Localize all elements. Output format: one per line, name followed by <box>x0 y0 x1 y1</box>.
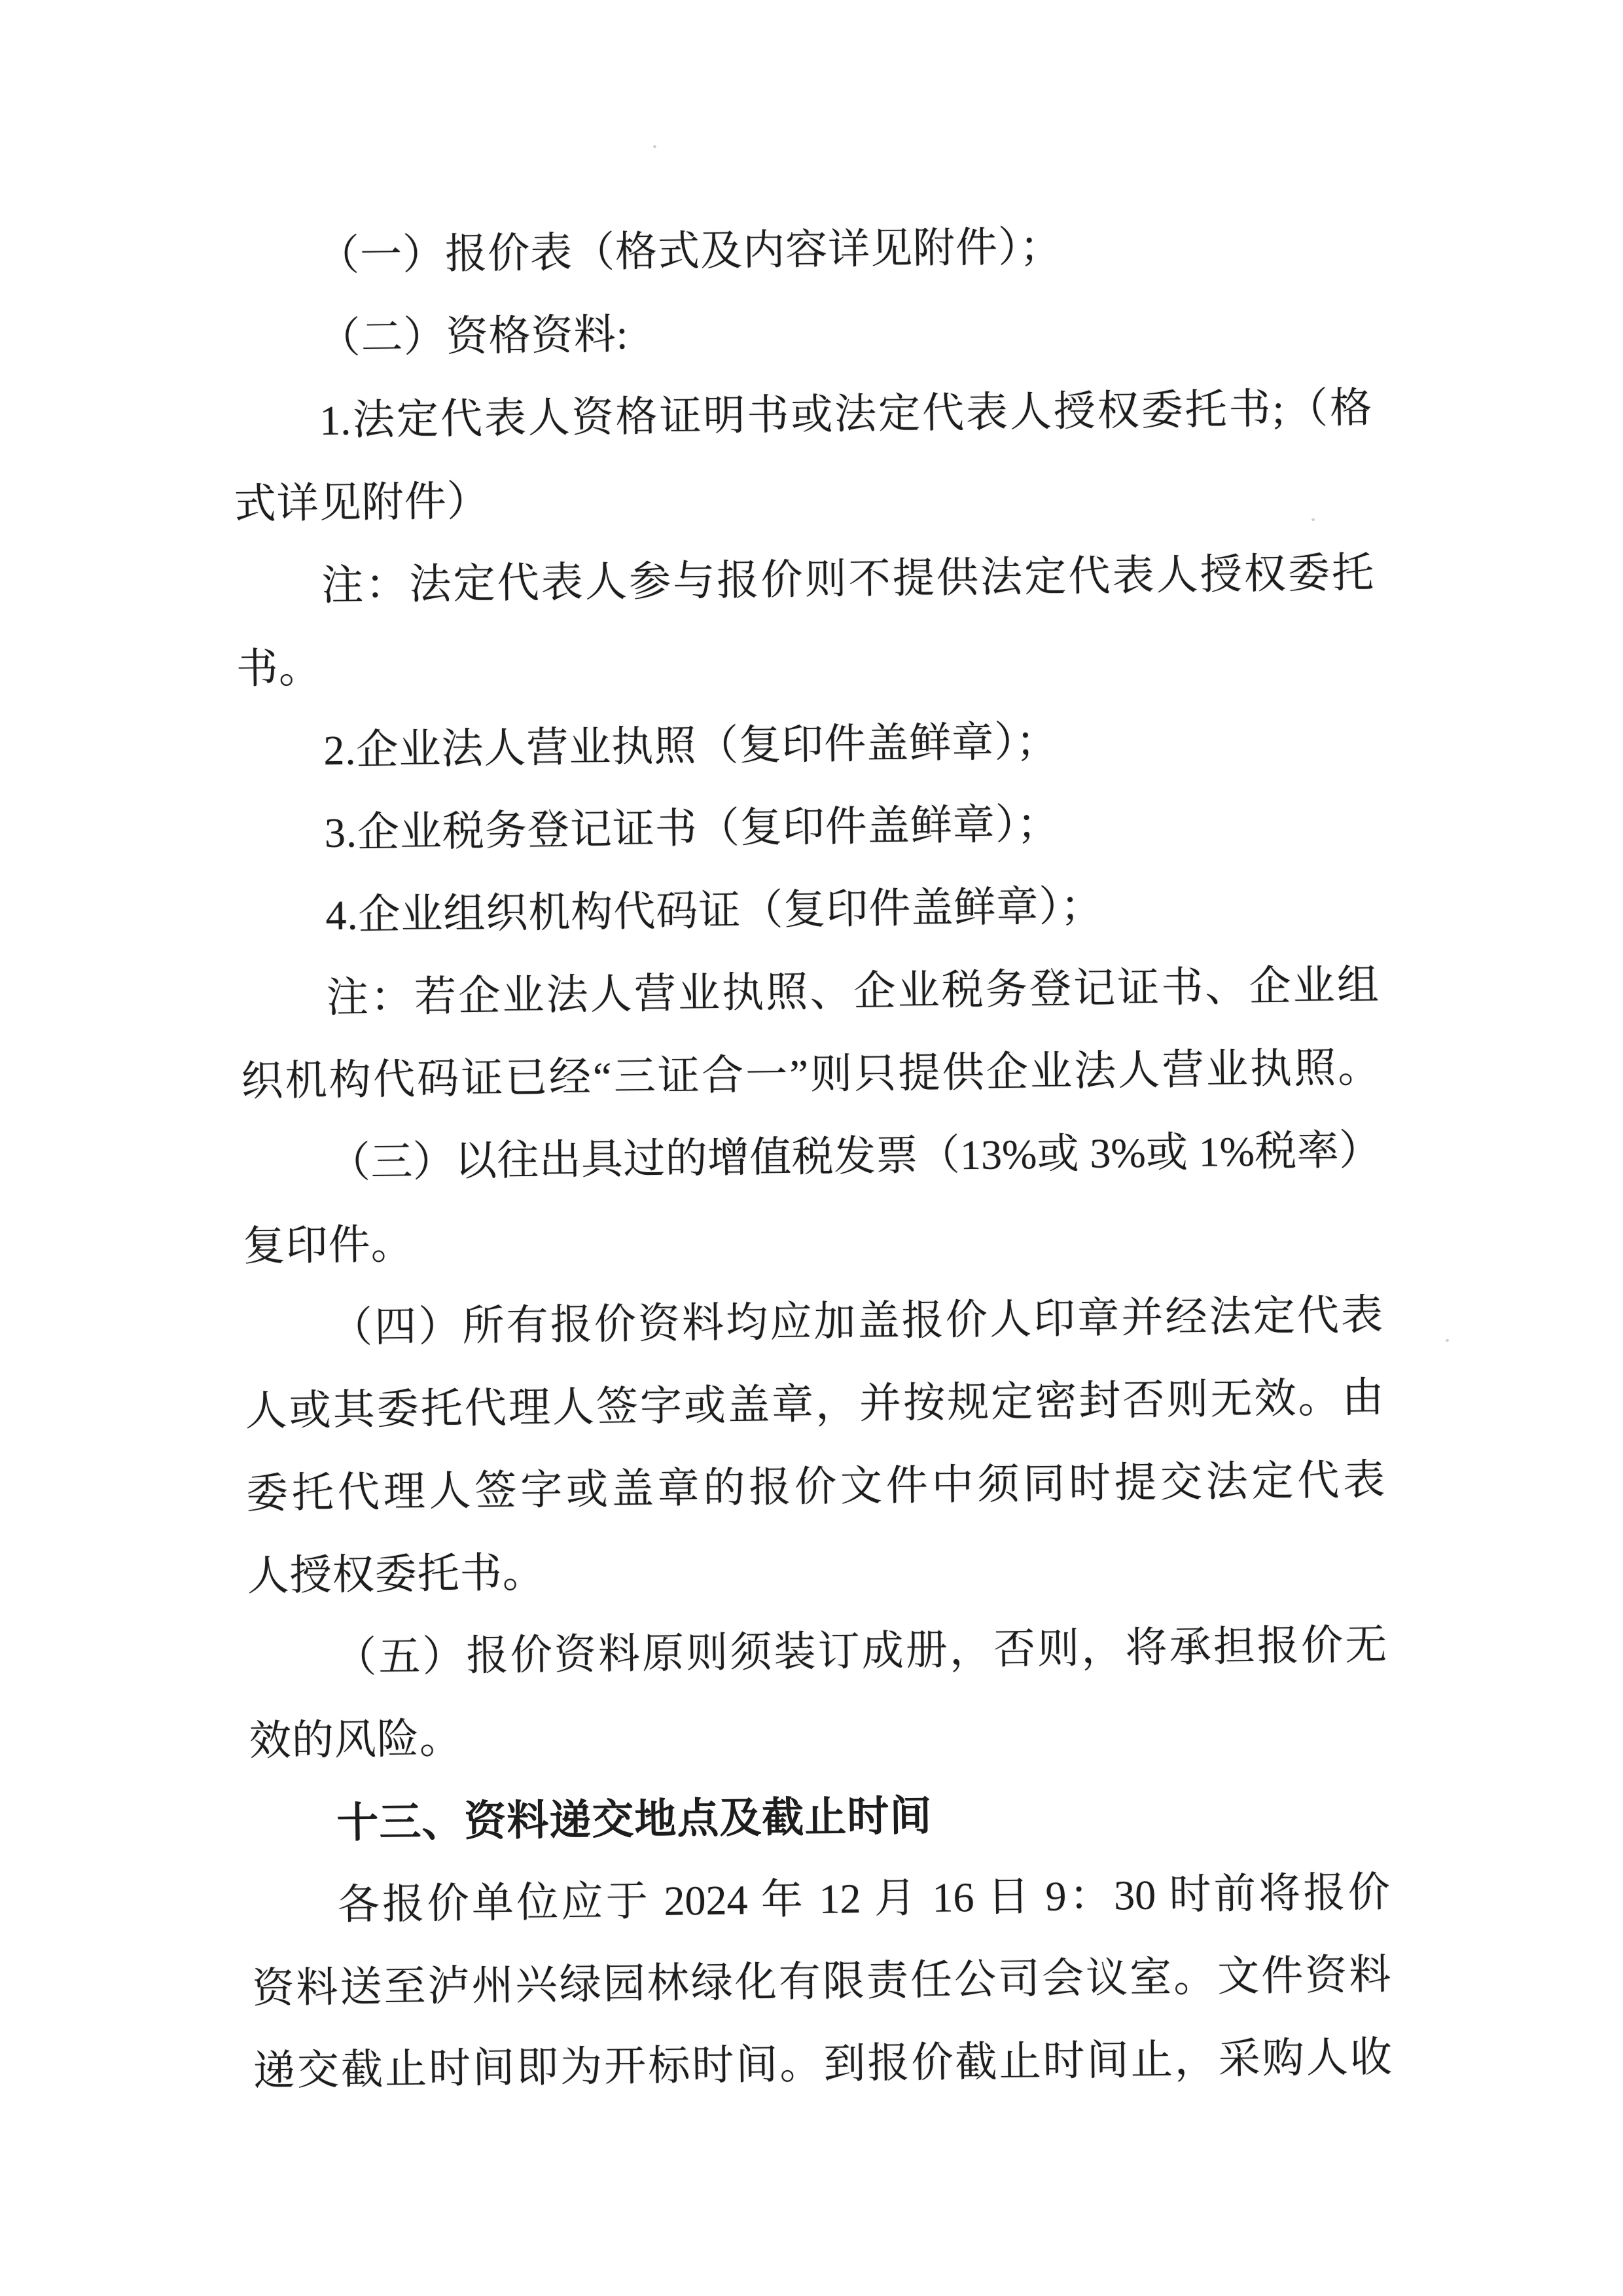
document-page: （一）报价表（格式及内容详见附件）；（二）资格资料:1.法定代表人资格证明书或法… <box>0 0 1623 2296</box>
scan-speck <box>1311 518 1315 521</box>
paragraph-line: 各报价单位应于 2024 年 12 月 16 日 9：30 时前将报价 <box>251 1851 1390 1947</box>
paragraph-line: 效的风险。 <box>249 1686 1388 1782</box>
paragraph-line: 4.企业组织机构代码证（复印件盖鲜章）； <box>239 861 1378 958</box>
paragraph-line: 资料送至泸州兴绿园林绿化有限责任公司会议室。文件资料 <box>252 1933 1391 2030</box>
paragraph-line: 递交截止时间即为开标时间。到报价截止时间止，采购人收 <box>253 2016 1392 2112</box>
paragraph-line: 式详见附件） <box>234 449 1373 545</box>
paragraph-line: 人授权委托书。 <box>247 1521 1386 1617</box>
paragraph-line: （五）报价资料原则须装订成册，否则，将承担报价无 <box>248 1604 1387 1700</box>
paragraph-line: 人或其委托代理人签字或盖章，并按规定密封否则无效。由 <box>245 1356 1384 1452</box>
paragraph-line: 1.法定代表人资格证明书或法定代表人授权委托书;（格 <box>232 367 1372 463</box>
paragraph-line: 2.企业法人营业执照（复印件盖鲜章）； <box>237 696 1376 793</box>
paragraph-line: （四）所有报价资料均应加盖报价人印章并经法定代表 <box>243 1274 1383 1370</box>
scan-speck <box>653 145 656 148</box>
paragraph-line: 注：若企业法人营业执照、企业税务登记证书、企业组 <box>240 944 1379 1040</box>
paragraph-line: 3.企业税务登记证书（复印件盖鲜章）； <box>238 779 1377 875</box>
paragraph-line: 委托代理人签字或盖章的报价文件中须同时提交法定代表 <box>245 1439 1385 1535</box>
paragraph-line: （三）以往出具过的增值税发票（13%或 3%或 1%税率） <box>241 1109 1381 1205</box>
paragraph-line: 注：法定代表人参与报价则不提供法定代表人授权委托 <box>235 531 1374 628</box>
paragraph-line: 复印件。 <box>243 1191 1382 1287</box>
paragraph-line: 书。 <box>236 614 1375 710</box>
paragraph-line: 织机构代码证已经“三证合一”则只提供企业法人营业执照。 <box>241 1026 1380 1122</box>
scan-speck <box>1446 1339 1449 1342</box>
paragraph-line: （二）资格资料: <box>232 284 1371 380</box>
document-content: （一）报价表（格式及内容详见附件）；（二）资格资料:1.法定代表人资格证明书或法… <box>230 202 1392 2112</box>
section-heading: 十三、资料递交地点及截止时间 <box>250 1768 1389 1865</box>
paragraph-line: （一）报价表（格式及内容详见附件）； <box>230 202 1370 298</box>
